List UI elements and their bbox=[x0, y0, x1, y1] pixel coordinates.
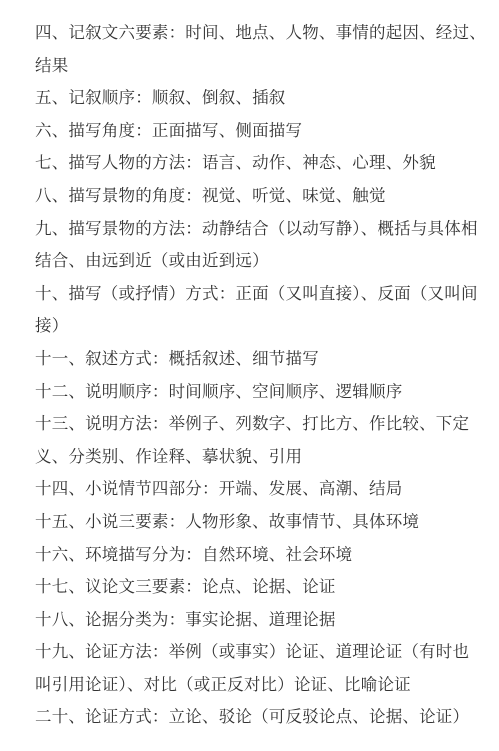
text-line: 十三、说明方法：举例子、列数字、打比方、作比较、下定 bbox=[35, 408, 475, 441]
text-line: 六、描写角度：正面描写、侧面描写 bbox=[35, 115, 475, 148]
text-line: 接） bbox=[35, 310, 475, 343]
text-line: 九、描写景物的方法：动静结合（以动写静）、概括与具体相 bbox=[35, 213, 475, 246]
text-line: 十七、议论文三要素：论点、论据、论证 bbox=[35, 571, 475, 604]
text-line: 十五、小说三要素：人物形象、故事情节、具体环境 bbox=[35, 506, 475, 539]
text-line: 二十、论证方式：立论、驳论（可反驳论点、论据、论证） bbox=[35, 701, 475, 734]
text-line: 十六、环境描写分为：自然环境、社会环境 bbox=[35, 539, 475, 572]
text-line: 结合、由远到近（或由近到远） bbox=[35, 245, 475, 278]
text-line: 四、记叙文六要素：时间、地点、人物、事情的起因、经过、 bbox=[35, 17, 475, 50]
document-body: 四、记叙文六要素：时间、地点、人物、事情的起因、经过、 结果 五、记叙顺序：顺叙… bbox=[35, 17, 475, 734]
text-line: 结果 bbox=[35, 50, 475, 83]
text-line: 七、描写人物的方法：语言、动作、神态、心理、外貌 bbox=[35, 147, 475, 180]
text-line: 八、描写景物的角度：视觉、听觉、味觉、触觉 bbox=[35, 180, 475, 213]
text-line: 十八、论据分类为：事实论据、道理论据 bbox=[35, 604, 475, 637]
text-line: 十一、叙述方式：概括叙述、细节描写 bbox=[35, 343, 475, 376]
text-line: 十二、说明顺序：时间顺序、空间顺序、逻辑顺序 bbox=[35, 376, 475, 409]
text-line: 十九、论证方法：举例（或事实）论证、道理论证（有时也 bbox=[35, 636, 475, 669]
text-line: 五、记叙顺序：顺叙、倒叙、插叙 bbox=[35, 82, 475, 115]
text-line: 义、分类别、作诠释、摹状貌、引用 bbox=[35, 441, 475, 474]
text-line: 十四、小说情节四部分：开端、发展、高潮、结局 bbox=[35, 473, 475, 506]
text-line: 叫引用论证）、对比（或正反对比）论证、比喻论证 bbox=[35, 669, 475, 702]
text-line: 十、描写（或抒情）方式：正面（又叫直接）、反面（又叫间 bbox=[35, 278, 475, 311]
